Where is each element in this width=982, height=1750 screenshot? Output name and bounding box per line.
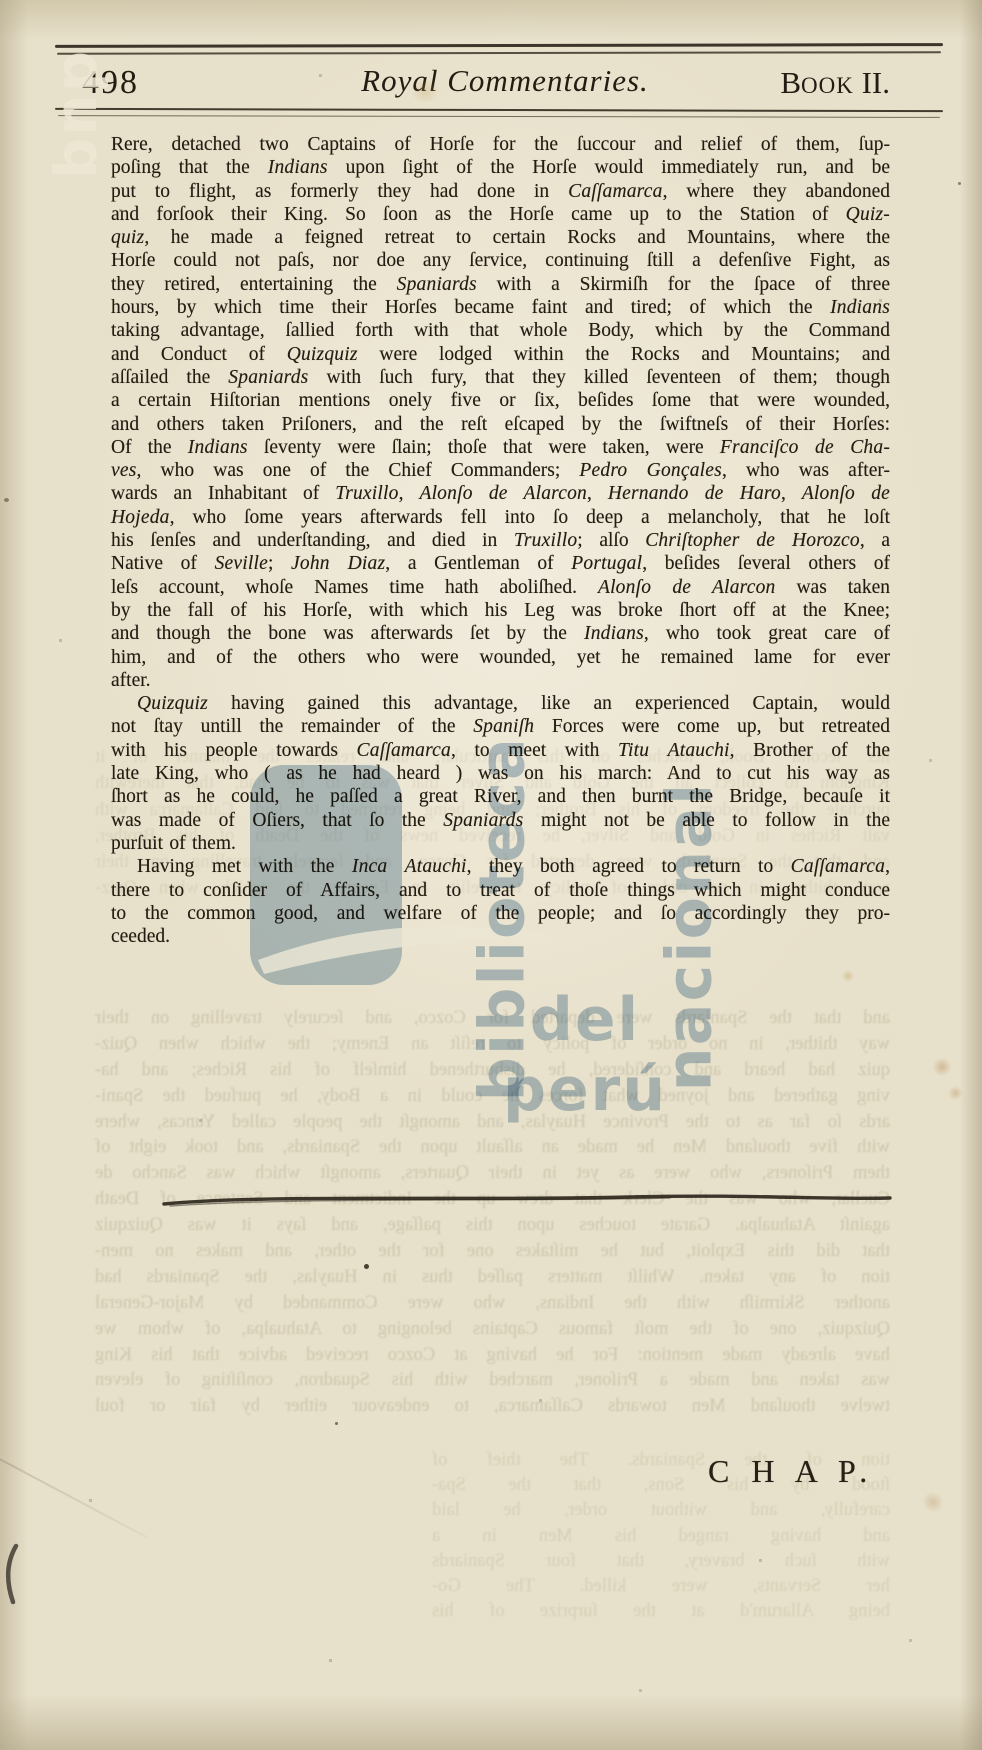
paper-specks [0, 0, 1, 1]
foxing-stain [948, 1086, 963, 1100]
foxing-stain [922, 1492, 944, 1512]
paper-crease [0, 1456, 148, 1539]
ink-dot [364, 1264, 369, 1269]
bleedthrough-line: that did this Exploit, but he miſtakes o… [95, 1239, 890, 1265]
foxing-stain [842, 970, 854, 982]
text-line: they retired, entertaining the Spaniards… [111, 273, 890, 296]
bleedthrough-line: was taken and made a Priſoner, marched w… [95, 1368, 890, 1394]
text-line: and though the bone was afterwards ſet b… [111, 622, 890, 645]
ink-dot [4, 498, 9, 502]
bleedthrough-line: with five thouſand Men he made an aſſaul… [95, 1135, 890, 1161]
text-line: Hojeda, who ſome years afterwards fell i… [111, 506, 890, 529]
text-line: and Conduct of Quizquiz were lodged with… [111, 343, 890, 366]
foxing-stain [408, 80, 442, 102]
text-line: quiz, he made a feigned retreat to certa… [111, 226, 890, 249]
text-line: ves, who was one of the Chief Commanders… [111, 459, 890, 482]
bleedthrough-line: twelve thouſand Men towards Caſſamarca, … [95, 1394, 890, 1420]
header-rule-bottom-thin [58, 115, 940, 118]
book-label-smallcaps: OOK [801, 73, 854, 98]
text-line: taking advantage, ſallied forth with tha… [111, 319, 890, 342]
library-watermark-logo-text: bnp [42, 4, 110, 224]
scanned-book-page: his ſecond Book, touches on this particu… [0, 0, 982, 1750]
text-line: and forſook their King. So ſoon as the H… [111, 203, 890, 226]
text-line: after. [111, 669, 890, 692]
bleedthrough-line: carefully, and without order, he laid [432, 1498, 890, 1523]
text-line: Quizquiz having gained this advantage, l… [111, 692, 890, 715]
bleedthrough-line: being Allarum'd at the ſurprize of his [432, 1599, 890, 1624]
bleedthrough-line: have already made mention: For he having… [95, 1343, 890, 1369]
text-line: by the fall of his Horſe, with which his… [111, 599, 890, 622]
ink-dot [958, 182, 961, 185]
bleedthrough-line: another Skirmiſh with the Indians, who w… [95, 1291, 890, 1317]
running-title: Royal Commentaries. [330, 63, 680, 99]
ink-dot [335, 1422, 338, 1425]
text-line: Rere, detached two Captains of Horſe for… [111, 133, 890, 156]
text-line: put to flight, as formerly they had done… [111, 180, 890, 203]
text-line: and others taken Priſoners, and the reſt… [111, 413, 890, 436]
chapter-heading: C H A P. [708, 1453, 874, 1490]
bleedthrough-line: and having ranged his Men in a [432, 1524, 890, 1549]
bleedthrough-line: with ſuch bravery, that four Spaniards [432, 1549, 890, 1574]
text-line: poſing that the Indians upon ſight of th… [111, 156, 890, 179]
text-line: Native of Seville; John Diaz, a Gentlema… [111, 552, 890, 575]
text-line: wards an Inhabitant of Truxillo, Alonſo … [111, 482, 890, 505]
text-line: Of the Indians ſeventy were ſlain; thoſe… [111, 436, 890, 459]
text-line: hours, by which time their Horſes became… [111, 296, 890, 319]
text-line: his ſenſes and underſtanding, and died i… [111, 529, 890, 552]
text-line: not ſtay untill the remainder of the Spa… [111, 715, 890, 738]
header-rule-top-thick [55, 43, 943, 48]
foxing-stain [932, 1058, 952, 1076]
bleedthrough-line: her Servants, were killed. The Go- [432, 1574, 890, 1599]
watermark-word-del-peru: del perú [455, 985, 715, 1125]
text-line: him, and of the others who were wounded,… [111, 646, 890, 669]
book-label-cap: B [780, 65, 801, 100]
header-rule-top-thin [57, 51, 941, 54]
text-line: aſſailed the Spaniards with ſuch fury, t… [111, 366, 890, 389]
bleedthrough-line: tion of any taken. Whilſt matters paſſed… [95, 1265, 890, 1291]
book-label: BOOK II. [738, 65, 890, 101]
handwritten-underline-mark [150, 1184, 910, 1220]
ink-paren-mark [0, 1540, 30, 1610]
bleedthrough-line: Quizquiz, one of the moſt famous Captain… [95, 1317, 890, 1343]
text-line: leſs account, whoſe Names time hath abol… [111, 576, 890, 599]
header-rule-bottom-thick [55, 108, 943, 113]
text-line: Horſe could not paſs, nor doe any ſervic… [111, 249, 890, 272]
book-label-numeral: II. [854, 65, 890, 100]
text-line: a certain Hiſtorian mentions onely five … [111, 389, 890, 412]
